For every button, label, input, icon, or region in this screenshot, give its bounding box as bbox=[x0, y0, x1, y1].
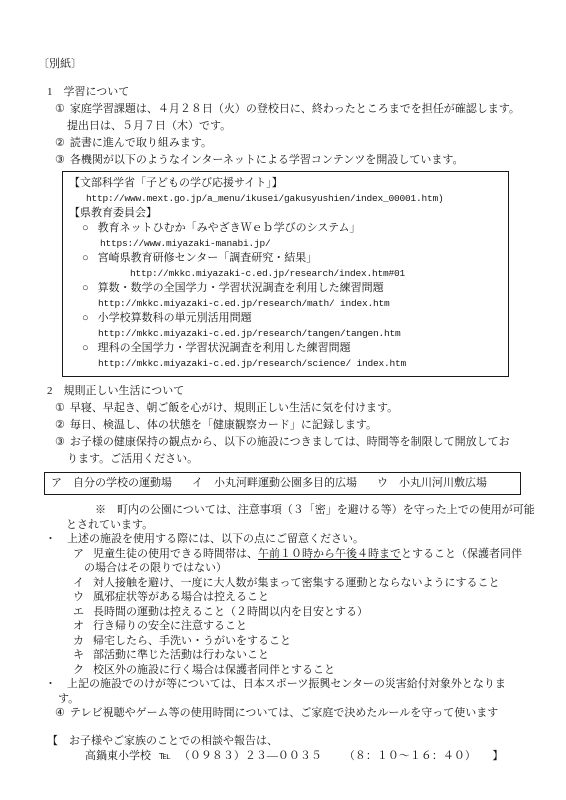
section1-item1-line2: 提出日は、５月７日（木）です。 bbox=[38, 118, 540, 135]
usage-notes: ※ 町内の公園については、注意事項（３「密」を避ける等）を守った上での使用が可能… bbox=[38, 503, 540, 721]
link-entry-name: 理科の全国学力・学習状況調査を利用した練習問題 bbox=[98, 342, 351, 354]
section1-heading: 1 学習について bbox=[38, 84, 540, 101]
rule-a-line1: ア児童生徒の使用できる時間帯は、午前１０時から午後４時までとすること（保護者同伴 bbox=[38, 547, 540, 562]
tel-symbol: ℡ bbox=[159, 750, 171, 762]
rule-a-line2: の場合はその限りではない） bbox=[38, 561, 540, 576]
rule-item: イ対人接触を避け、一度に大人数が集まって密集する運動とならないようにすること bbox=[38, 576, 540, 591]
circle-bullet-icon: ○ bbox=[82, 341, 89, 356]
contact-block: 【 お子様やご家族のことでの相談や報告は、 高鍋東小学校℡（０９８３）２３―００… bbox=[38, 734, 540, 764]
facility-school-ground: ア 自分の学校の運動場 bbox=[51, 477, 172, 489]
mext-site-url: http://www.mext.go.jp/a_menu/ikusei/gaku… bbox=[69, 191, 502, 206]
section2-item4: ④テレビ視聴やゲーム等の使用時間については、ご家庭で決めたルールを守って使います bbox=[38, 706, 540, 721]
rule-marker: エ bbox=[73, 605, 84, 620]
facility-riverside-park: イ 小丸河畔運動公園多目的広場 bbox=[192, 477, 357, 489]
rule-text: 校区外の施設に行く場合は保護者同伴とすること bbox=[93, 664, 335, 676]
note-insurance-line1: ・ 上記の施設でのけが等については、日本スポーツ振興センターの災害給付対象外とな… bbox=[38, 677, 540, 692]
item-text: 家庭学習課題は、４月２８日（火）の登校日に、終わったところまでを担任が確認します… bbox=[70, 103, 520, 115]
rule-marker: ク bbox=[73, 663, 84, 678]
facility-riverbed-plaza: ウ 小丸川河川敷広場 bbox=[377, 477, 487, 489]
section2-item3-line1: ③お子様の健康保持の観点から、以下の施設につきましては、時間等を制限して開放して… bbox=[38, 434, 540, 451]
section1-item3: ③各機関が以下のようなインターネットによる学習コンテンツを開設しています。 bbox=[38, 152, 540, 169]
section1-item2: ②読書に進んで取り組みます。 bbox=[38, 135, 540, 152]
section2-item2: ②毎日、検温し、体の状態を「健康観察カード」に記録します。 bbox=[38, 417, 540, 434]
link-entry: ○教育ネットひむか「みやざきＷｅｂ学びのシステム」 bbox=[69, 221, 502, 236]
learning-links-box: 【文部科学省「子どもの学び応援サイト」】 http://www.mext.go.… bbox=[62, 171, 509, 377]
rule-item: ク校区外の施設に行く場合は保護者同伴とすること bbox=[38, 663, 540, 678]
link-entry-url: http://mkkc.miyazaki-c.ed.jp/research/ta… bbox=[69, 326, 502, 341]
circle-bullet-icon: ○ bbox=[82, 221, 89, 236]
note-caution-intro: ・ 上述の施設を使用する際には、以下の点にご留意ください。 bbox=[38, 532, 540, 547]
link-entry: ○宮崎県教育研修センター「調査研究・結果」 bbox=[69, 251, 502, 266]
rule-item: カ帰宅したら、手洗い・うがいをすること bbox=[38, 634, 540, 649]
circle-bullet-icon: ○ bbox=[82, 281, 89, 296]
rule-text: 部活動に準じた活動は行わないこと bbox=[93, 649, 269, 661]
school-name: 高鍋東小学校 bbox=[85, 750, 151, 762]
rule-text: 帰宅したら、手洗い・うがいをすること bbox=[93, 635, 291, 647]
rule-underlined-hours: 午前１０時から午後４時まで bbox=[258, 548, 401, 560]
link-entry-name: 教育ネットひむか「みやざきＷｅｂ学びのシステム」 bbox=[98, 222, 361, 234]
rule-text: 風邪症状等がある場合は控えること bbox=[93, 591, 269, 603]
item-marker: ① bbox=[55, 101, 65, 118]
rule-marker: ウ bbox=[73, 590, 84, 605]
circle-bullet-icon: ○ bbox=[82, 311, 89, 326]
section1-item1-line1: ①家庭学習課題は、４月２８日（火）の登校日に、終わったところまでを担任が確認しま… bbox=[38, 101, 540, 118]
item-marker: ② bbox=[55, 417, 65, 434]
item-marker: ④ bbox=[55, 706, 65, 721]
rule-text: 行き帰りの安全に注意すること bbox=[93, 620, 247, 632]
item-text: 読書に進んで取り組みます。 bbox=[70, 137, 212, 149]
link-entry-url: https://www.miyazaki-manabi.jp/ bbox=[69, 236, 502, 251]
link-entry-name: 小学校算数科の単元別活用問題 bbox=[98, 312, 252, 324]
facilities-table-row: ア 自分の学校の運動場イ 小丸河畔運動公園多目的広場ウ 小丸川河川敷広場 bbox=[44, 472, 521, 495]
item-text: お子様の健康保持の観点から、以下の施設につきましては、時間等を制限して開放してお bbox=[70, 436, 510, 448]
link-entry-name: 算数・数学の全国学力・学習状況調査を利用した練習問題 bbox=[98, 282, 384, 294]
document-page: { "doc": { "tag": "〔別紙〕", "sec1": { "hea… bbox=[0, 0, 566, 800]
item-marker: ③ bbox=[55, 434, 65, 451]
link-entry-url: http://mkkc.miyazaki-c.ed.jp/research/ma… bbox=[69, 296, 502, 311]
item-text: テレビ視聴やゲーム等の使用時間については、ご家庭で決めたルールを守って使います bbox=[70, 707, 498, 719]
rule-item: ウ風邪症状等がある場合は控えること bbox=[38, 590, 540, 605]
rule-marker: キ bbox=[73, 648, 84, 663]
link-entry-url: http://mkkc.miyazaki-c.ed.jp/research/in… bbox=[69, 266, 502, 281]
note-parks-line2: とされています。 bbox=[38, 518, 540, 533]
rule-marker: カ bbox=[73, 634, 84, 649]
link-entry: ○理科の全国学力・学習状況調査を利用した練習問題 bbox=[69, 341, 502, 356]
attachment-tag: 〔別紙〕 bbox=[38, 56, 540, 73]
link-entry-url: http://mkkc.miyazaki-c.ed.jp/research/sc… bbox=[69, 356, 502, 371]
note-insurance-line2: す。 bbox=[38, 692, 540, 707]
section2-heading: 2 規則正しい生活について bbox=[38, 383, 540, 400]
contact-line2: 高鍋東小学校℡（０９８３）２３―００３５（８：１０～１６：４０）】 bbox=[38, 749, 540, 764]
rule-text: とすること（保護者同伴 bbox=[401, 548, 522, 560]
rule-text: 対人接触を避け、一度に大人数が集まって密集する運動とならないようにすること bbox=[93, 577, 500, 589]
rule-item: オ行き帰りの安全に注意すること bbox=[38, 619, 540, 634]
item-marker: ② bbox=[55, 135, 65, 152]
rule-marker: イ bbox=[73, 576, 84, 591]
rule-marker: ア bbox=[73, 547, 84, 562]
rule-item: エ長時間の運動は控えること（２時間以内を目安とする） bbox=[38, 605, 540, 620]
rule-marker: オ bbox=[73, 619, 84, 634]
office-hours: （８：１０～１６：４０） bbox=[344, 750, 471, 762]
section2-item3-line2: ります。ご活用ください。 bbox=[38, 451, 540, 468]
rule-text: 児童生徒の使用できる時間帯は、 bbox=[93, 548, 258, 560]
link-entry-name: 宮崎県教育研修センター「調査研究・結果」 bbox=[98, 252, 318, 264]
phone-number: （０９８３）２３―００３５ bbox=[179, 750, 322, 762]
mext-site-title: 【文部科学省「子どもの学び応援サイト」】 bbox=[69, 176, 502, 191]
note-parks-line1: ※ 町内の公園については、注意事項（３「密」を避ける等）を守った上での使用が可能 bbox=[38, 503, 540, 518]
rule-text: 長時間の運動は控えること（２時間以内を目安とする） bbox=[93, 606, 368, 618]
item-text: 早寝、早起き、朝ご飯を心がけ、規則正しい生活に気を付けます。 bbox=[70, 402, 398, 414]
bracket-close: 】 bbox=[492, 750, 503, 762]
pref-board-title: 【県教育委員会】 bbox=[69, 206, 502, 221]
item-text: 毎日、検温し、体の状態を「健康観察カード」に記録します。 bbox=[70, 419, 377, 431]
item-text: 各機関が以下のようなインターネットによる学習コンテンツを開設しています。 bbox=[70, 154, 464, 166]
link-entry: ○小学校算数科の単元別活用問題 bbox=[69, 311, 502, 326]
section2-item1: ①早寝、早起き、朝ご飯を心がけ、規則正しい生活に気を付けます。 bbox=[38, 400, 540, 417]
circle-bullet-icon: ○ bbox=[82, 251, 89, 266]
item-marker: ③ bbox=[55, 152, 65, 169]
item-marker: ① bbox=[55, 400, 65, 417]
link-entry: ○算数・数学の全国学力・学習状況調査を利用した練習問題 bbox=[69, 281, 502, 296]
rule-item: キ部活動に準じた活動は行わないこと bbox=[38, 648, 540, 663]
contact-line1: 【 お子様やご家族のことでの相談や報告は、 bbox=[38, 734, 540, 749]
